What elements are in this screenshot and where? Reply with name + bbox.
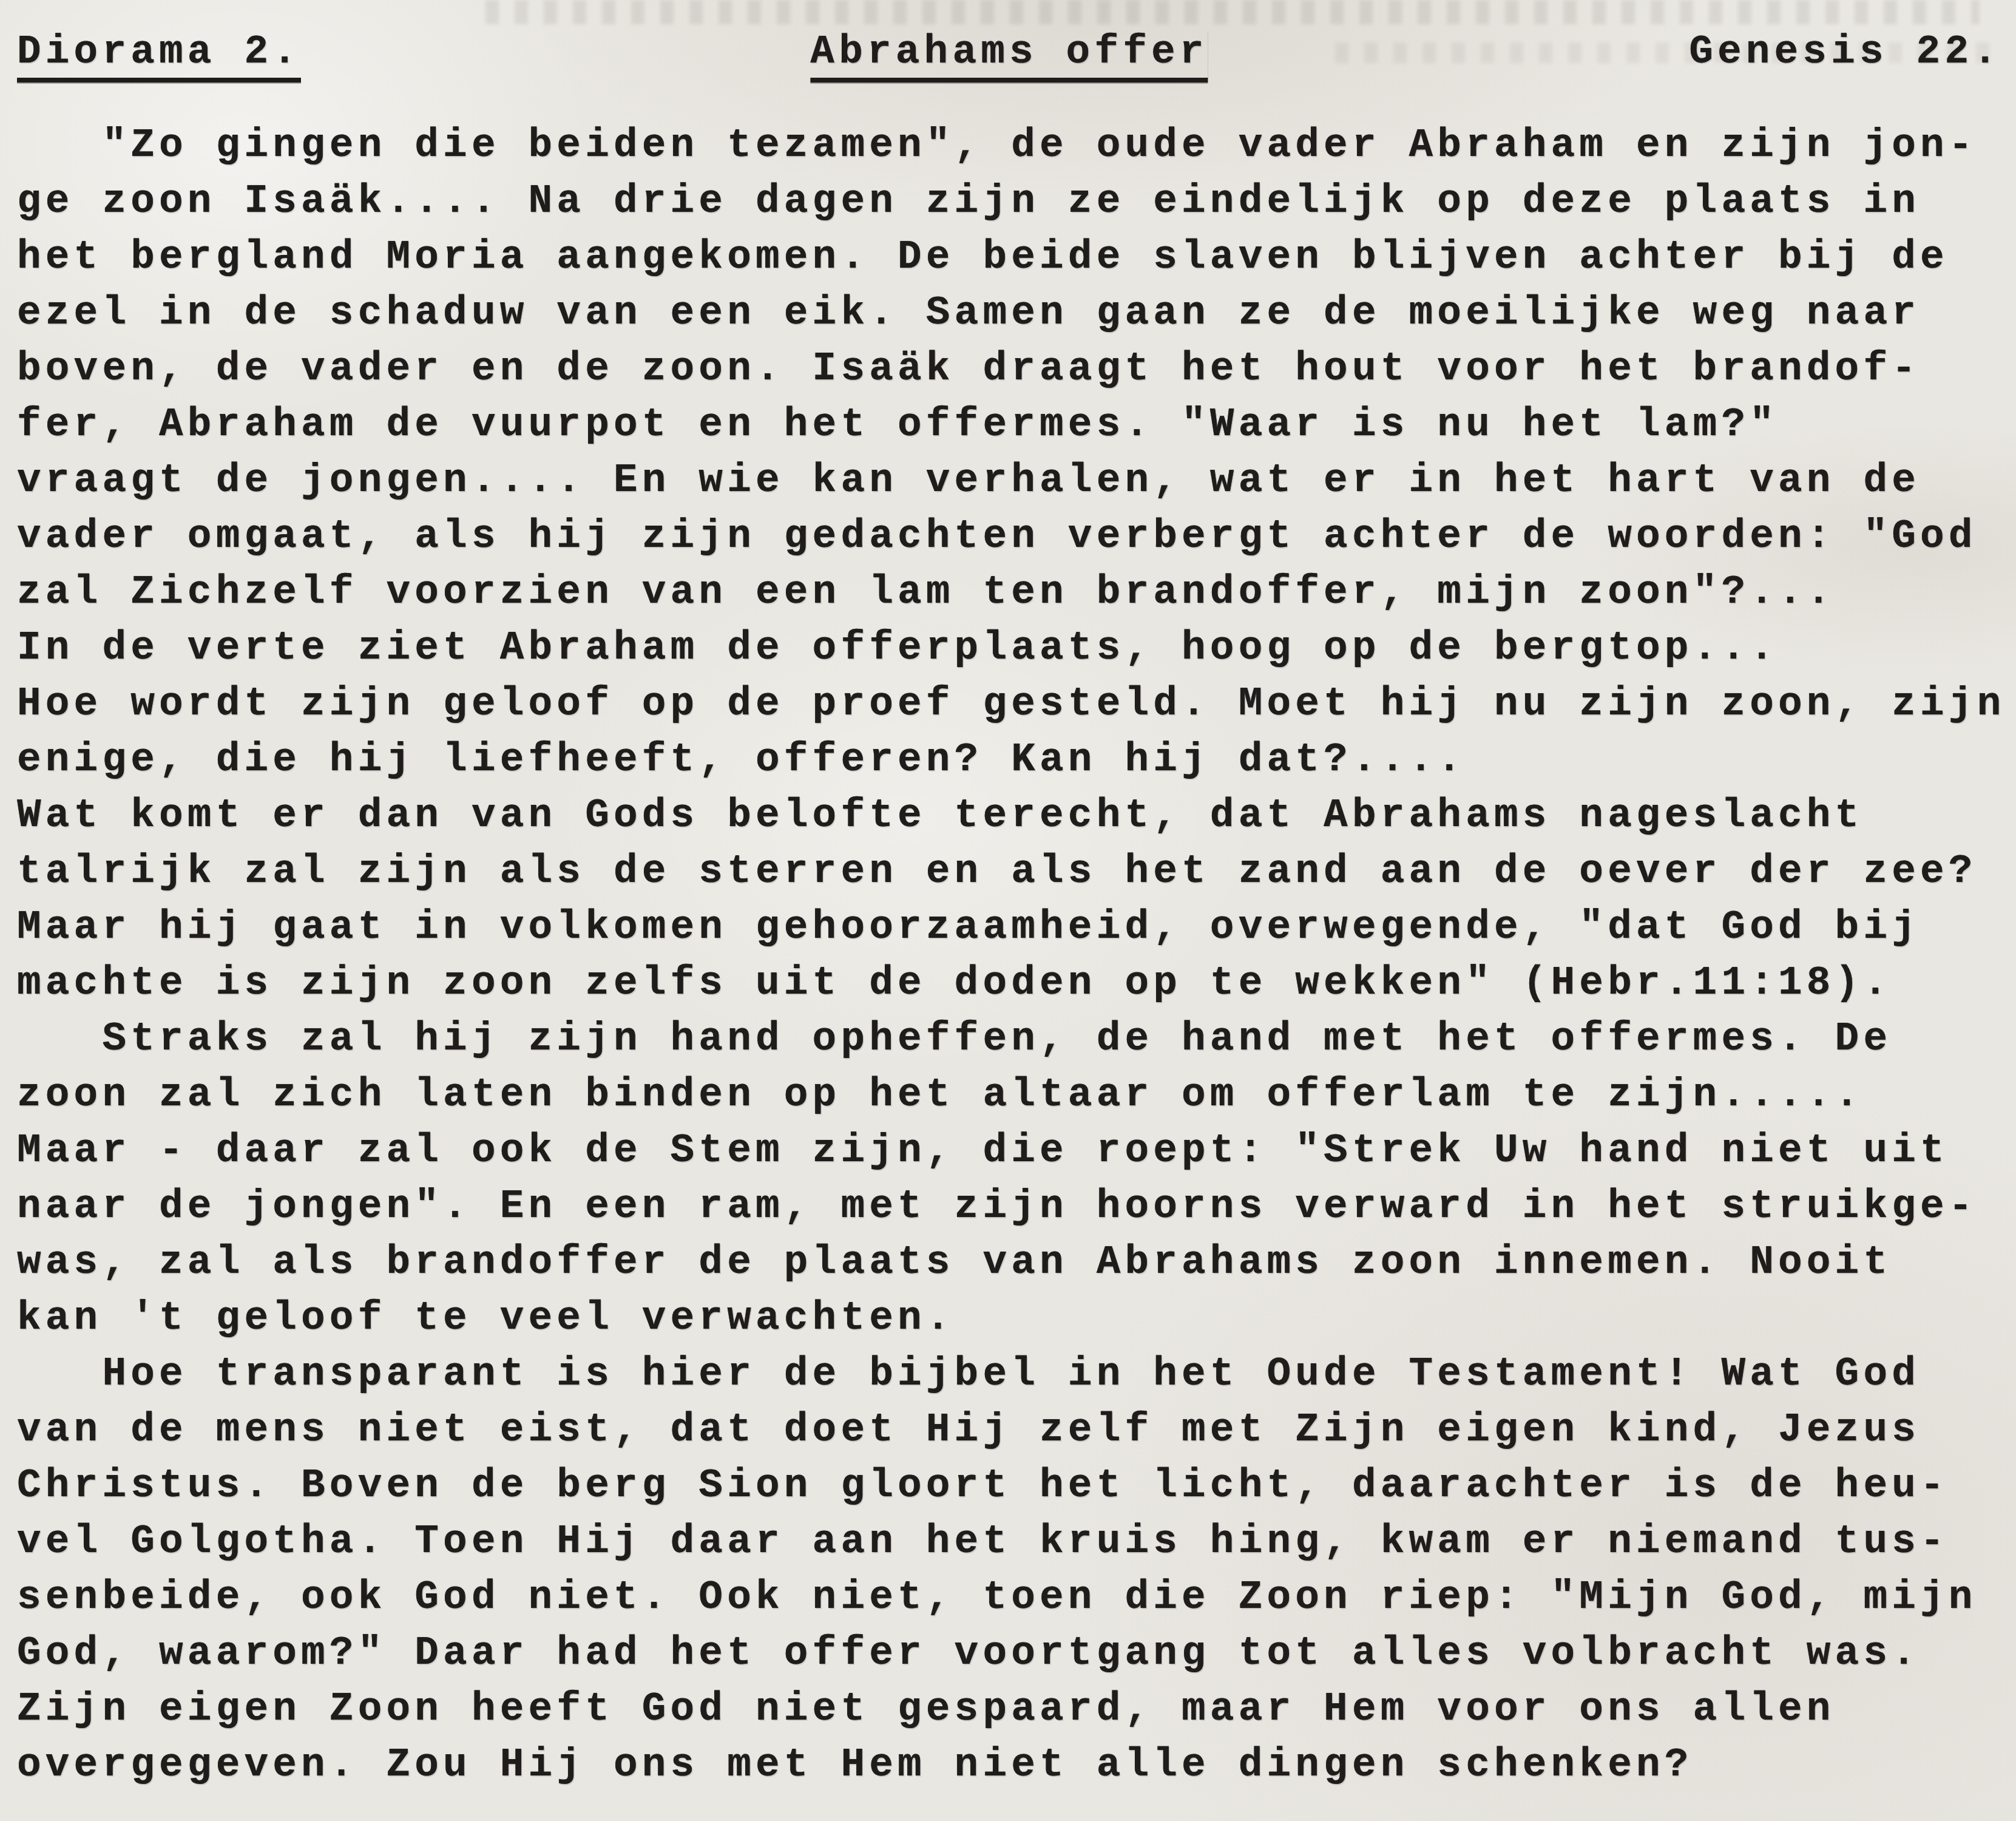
text-line: zal Zichzelf voorzien van een lam ten br… [17, 565, 2016, 620]
text-line: Wat komt er dan van Gods belofte terecht… [17, 788, 2016, 844]
text-line: Christus. Boven de berg Sion gloort het … [17, 1458, 2016, 1514]
text-line: naar de jongen". En een ram, met zijn ho… [17, 1179, 2016, 1235]
text-line: fer, Abraham de vuurpot en het offermes.… [17, 397, 2016, 453]
text-line: van de mens niet eist, dat doet Hij zelf… [17, 1402, 2016, 1458]
header-right-title: Genesis 22. [1689, 30, 2001, 74]
text-line: vader omgaat, als hij zijn gedachten ver… [17, 509, 2016, 565]
text-line: ge zoon Isaäk.... Na drie dagen zijn ze … [17, 174, 2016, 229]
text-line: God, waarom?" Daar had het offer voortga… [17, 1626, 2016, 1681]
text-line: Zijn eigen Zoon heeft God niet gespaard,… [17, 1681, 2016, 1737]
text-line: vel Golgotha. Toen Hij daar aan het krui… [17, 1514, 2016, 1570]
text-line: boven, de vader en de zoon. Isaäk draagt… [17, 341, 2016, 397]
text-line: overgegeven. Zou Hij ons met Hem niet al… [17, 1737, 2016, 1793]
text-line: zoon zal zich laten binden op het altaar… [17, 1067, 2016, 1123]
scanned-typewriter-page: Diorama 2. Abrahams offer Genesis 22. "Z… [0, 0, 2016, 1821]
text-line: vraagt de jongen.... En wie kan verhalen… [17, 453, 2016, 509]
text-line: was, zal als brandoffer de plaats van Ab… [17, 1235, 2016, 1290]
text-line: het bergland Moria aangekomen. De beide … [17, 229, 2016, 285]
text-line: ezel in de schaduw van een eik. Samen ga… [17, 285, 2016, 341]
text-line: Hoe wordt zijn geloof op de proef gestel… [17, 676, 2016, 732]
text-line: In de verte ziet Abraham de offerplaats,… [17, 620, 2016, 676]
text-line: Maar hij gaat in volkomen gehoorzaamheid… [17, 900, 2016, 955]
text-line: Maar - daar zal ook de Stem zijn, die ro… [17, 1123, 2016, 1179]
text-line: kan 't geloof te veel verwachten. [17, 1290, 2016, 1346]
body-text: "Zo gingen die beiden tezamen", de oude … [17, 118, 2016, 1793]
text-line: machte is zijn zoon zelfs uit de doden o… [17, 955, 2016, 1011]
page-header: Diorama 2. Abrahams offer Genesis 22. [17, 18, 2001, 103]
header-left-title: Diorama 2. [17, 30, 301, 83]
text-line: enige, die hij liefheeft, offeren? Kan h… [17, 732, 2016, 788]
text-line: Straks zal hij zijn hand opheffen, de ha… [17, 1011, 2016, 1067]
header-center-title: Abrahams offer [810, 30, 1208, 83]
text-line: Hoe transparant is hier de bijbel in het… [17, 1346, 2016, 1402]
text-line: talrijk zal zijn als de sterren en als h… [17, 844, 2016, 900]
text-line: "Zo gingen die beiden tezamen", de oude … [17, 118, 2016, 174]
text-line: senbeide, ook God niet. Ook niet, toen d… [17, 1570, 2016, 1626]
